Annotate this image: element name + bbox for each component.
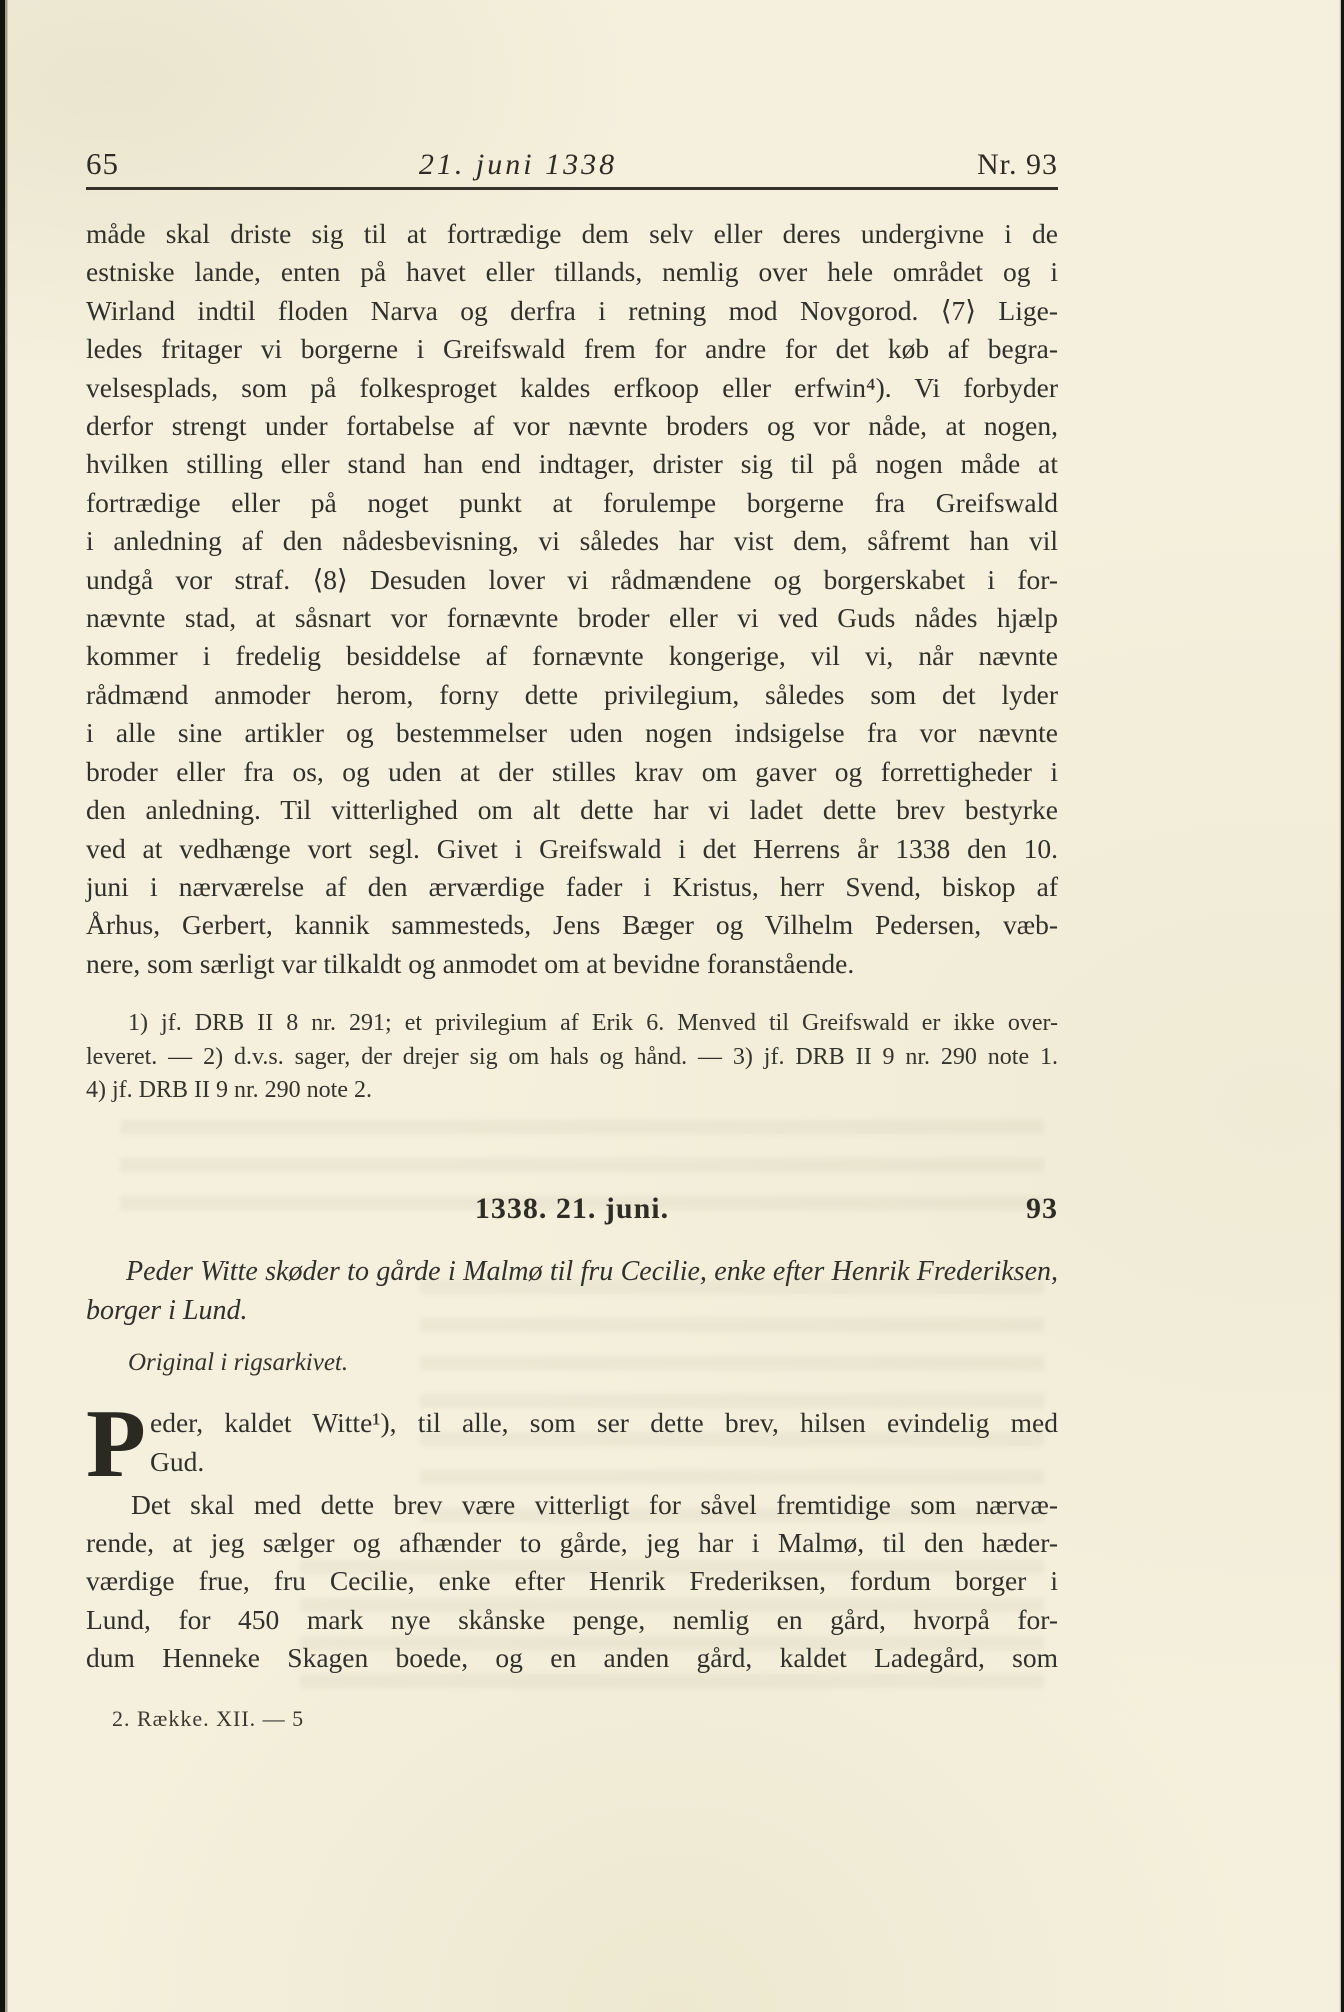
text-line: kommer i fredelig besiddelse af fornævnt…: [86, 637, 1058, 675]
text-line: velsesplads, som på folkesproget kaldes …: [86, 369, 1058, 407]
text-line: den anledning. Til vitterlighed om alt d…: [86, 791, 1058, 829]
text-line: hvilken stilling eller stand han end ind…: [86, 445, 1058, 483]
text-line: rende, at jeg sælger og afhænder to gård…: [86, 1524, 1058, 1562]
text-line: i alle sine artikler og bestemmelser ude…: [86, 714, 1058, 752]
text-line: Gud.: [150, 1442, 1058, 1481]
text-line: Det skal med dette brev være vitterligt …: [86, 1486, 1058, 1524]
entry-92-footnotes: 1) jf. DRB II 8 nr. 291; et privilegium …: [86, 1007, 1058, 1108]
entry-92-body-paragraph: måde skal driste sig til at fortrædige d…: [86, 215, 1058, 983]
text-line: måde skal driste sig til at fortrædige d…: [86, 215, 1058, 253]
running-header-number: Nr. 93: [977, 148, 1058, 182]
text-line: borger i Lund.: [86, 1291, 1058, 1330]
entry-93-heading-number: 93: [1026, 1192, 1058, 1226]
header-rule: [86, 187, 1058, 190]
scanned-book-page: { "page": { "folio": "65", "running_date…: [0, 0, 1344, 2012]
text-line: undgå vor straf. ⟨8⟩ Desuden lover vi rå…: [86, 561, 1058, 599]
running-header-date: 21. juni 1338: [419, 148, 617, 182]
text-line: eder, kaldet Witte¹), til alle, som ser …: [150, 1403, 1058, 1442]
text-line: værdige frue, fru Cecilie, enke efter He…: [86, 1562, 1058, 1600]
scan-edge-right: [1339, 0, 1344, 2012]
text-line: nævnte stad, at såsnart vor fornævnte br…: [86, 599, 1058, 637]
text-line: fortrædige eller på noget punkt at forul…: [86, 484, 1058, 522]
text-line: ved at vedhænge vort segl. Givet i Greif…: [86, 830, 1058, 868]
scan-edge-left: [0, 0, 8, 2012]
page-footer: 2. Række. XII. — 5: [86, 1706, 1058, 1732]
entry-93-summary: Peder Witte skøder to gårde i Malmø til …: [86, 1252, 1058, 1330]
text-line: juni i nærværelse af den ærværdige fader…: [86, 868, 1058, 906]
text-line: Peder Witte skøder to gårde i Malmø til …: [86, 1252, 1058, 1291]
text-line: 4) jf. DRB II 9 nr. 290 note 2.: [86, 1074, 1058, 1108]
text-line: derfor strengt under fortabelse af vor n…: [86, 407, 1058, 445]
text-line: Århus, Gerbert, kannik sammesteds, Jens …: [86, 906, 1058, 944]
text-line: rådmænd anmoder herom, forny dette privi…: [86, 676, 1058, 714]
entry-93-heading: 1338. 21. juni. 93: [86, 1192, 1058, 1226]
text-line: ledes fritager vi borgerne i Greifswald …: [86, 330, 1058, 368]
text-line: leveret. — 2) d.v.s. sager, der drejer s…: [86, 1041, 1058, 1075]
text-column: 65 21. juni 1338 Nr. 93 måde skal driste…: [86, 0, 1058, 1732]
entry-93-opening-paragraph: P eder, kaldet Witte¹), til alle, som se…: [86, 1403, 1058, 1485]
text-line: nere, som særligt var tilkaldt og anmode…: [86, 945, 1058, 983]
text-line: i anledning af den nådesbevisning, vi så…: [86, 522, 1058, 560]
folio-number: 65: [86, 146, 119, 182]
dropcap-initial: P: [86, 1403, 150, 1485]
footer-signature: 2. Række. XII. — 5: [112, 1706, 304, 1731]
text-line: estniske lande, enten på havet eller til…: [86, 253, 1058, 291]
entry-93-opening-lines: eder, kaldet Witte¹), til alle, som ser …: [150, 1403, 1058, 1485]
text-line: Wirland indtil floden Narva og derfra i …: [86, 292, 1058, 330]
text-line: Lund, for 450 mark nye skånske penge, ne…: [86, 1601, 1058, 1639]
running-header: 65 21. juni 1338 Nr. 93: [86, 0, 1058, 182]
entry-93-heading-date: 1338. 21. juni.: [475, 1192, 669, 1225]
text-line: dum Henneke Skagen boede, og en anden gå…: [86, 1639, 1058, 1677]
entry-93-body-paragraph: Det skal med dette brev være vitterligt …: [86, 1486, 1058, 1678]
entry-93-source-note: Original i rigsarkivet.: [86, 1347, 1058, 1379]
text-line: broder eller fra os, og uden at der stil…: [86, 753, 1058, 791]
text-line: 1) jf. DRB II 8 nr. 291; et privilegium …: [86, 1007, 1058, 1041]
